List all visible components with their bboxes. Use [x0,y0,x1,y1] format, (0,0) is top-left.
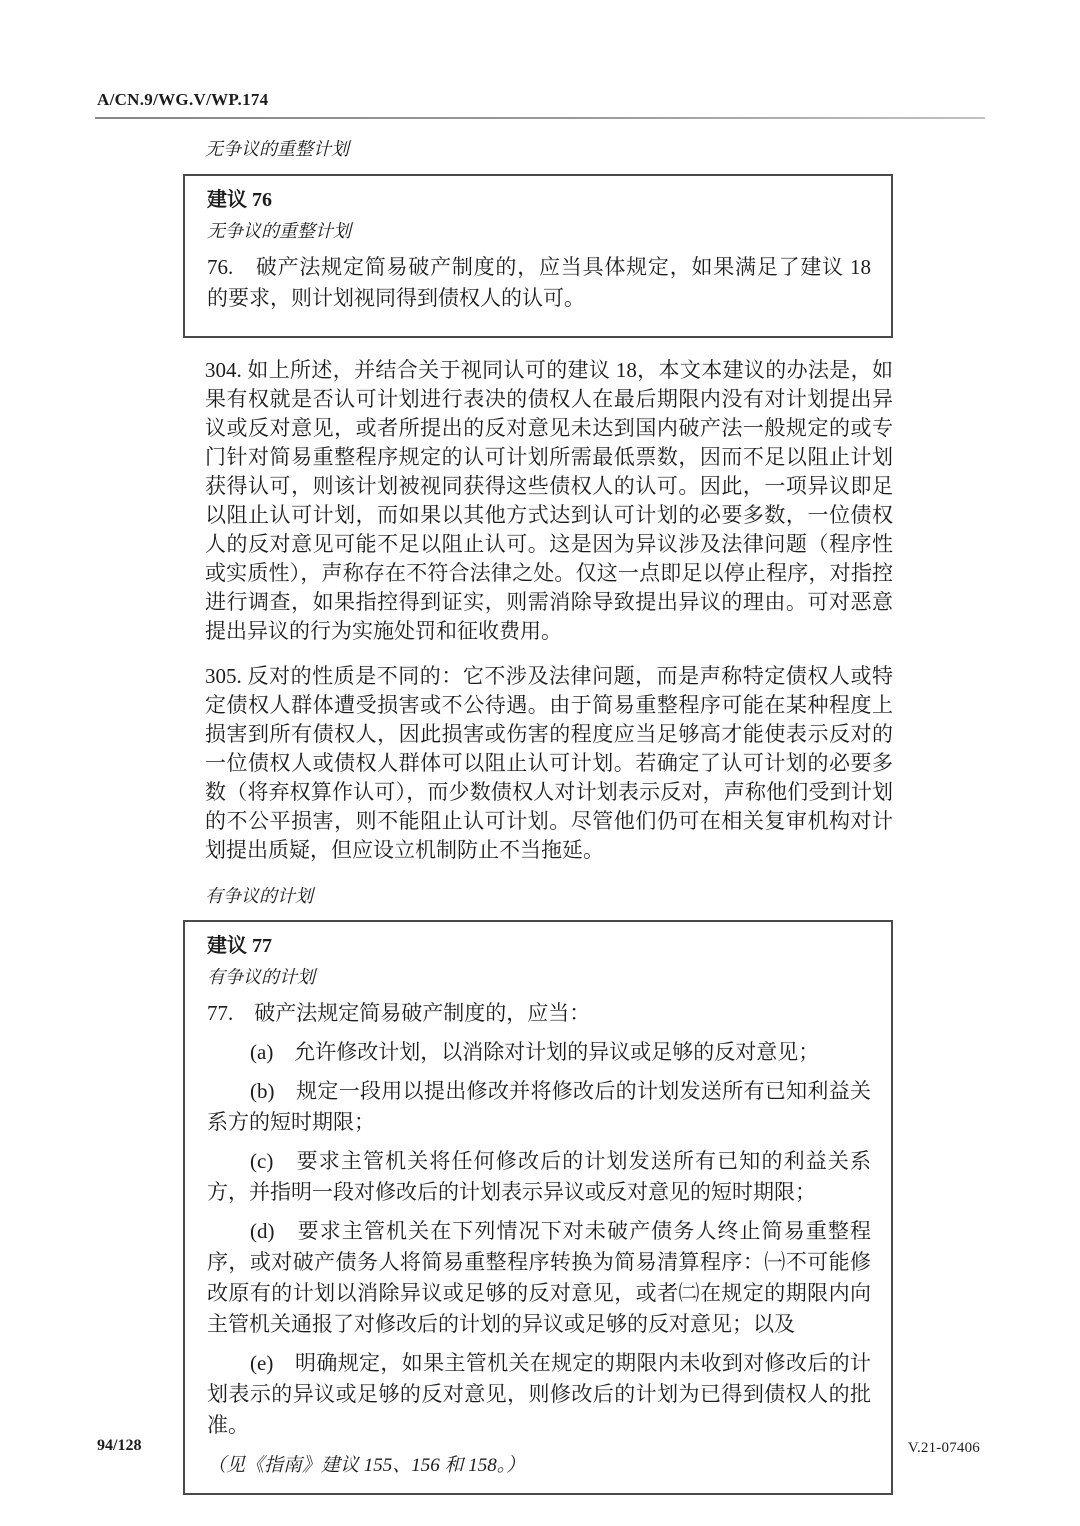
header-document-number: A/CN.9/WG.V/WP.174 [97,90,268,110]
section-label-uncontested: 无争议的重整计划 [205,138,893,160]
paragraph-304: 304. 如上所述，并结合关于视同认可的建议 18，本文本建议的办法是，如果有权… [205,356,893,646]
recommendation-76-box: 建议 76 无争议的重整计划 76. 破产法规定简易破产制度的，应当具体规定，如… [183,174,893,338]
footer-page-number: 94/128 [97,1437,141,1455]
header-rule [95,117,985,119]
recommendation-77-item-c: (c) 要求主管机关将任何修改后的计划发送所有已知的利益关系方，并指明一段对修改… [207,1146,871,1208]
recommendation-76-subtitle: 无争议的重整计划 [207,220,871,242]
recommendation-77-box: 建议 77 有争议的计划 77. 破产法规定简易破产制度的，应当： (a) 允许… [183,920,893,1495]
recommendation-77-item-a: (a) 允许修改计划，以消除对计划的异议或足够的反对意见； [207,1037,871,1068]
recommendation-77-item-d: (d) 要求主管机关在下列情况下对未破产债务人终止简易重整程序，或对破产债务人将… [207,1216,871,1340]
section-label-contested: 有争议的计划 [205,885,893,907]
recommendation-77-reference: （见《指南》建议 155、156 和 158。） [207,1453,871,1479]
recommendation-76-text: 76. 破产法规定简易破产制度的，应当具体规定，如果满足了建议 18 的要求，则… [207,252,871,314]
recommendation-77-title: 建议 77 [207,934,871,958]
content-column: 无争议的重整计划 建议 76 无争议的重整计划 76. 破产法规定简易破产制度的… [183,138,893,1513]
document-page: A/CN.9/WG.V/WP.174 无争议的重整计划 建议 76 无争议的重整… [0,0,1080,1526]
recommendation-77-intro: 77. 破产法规定简易破产制度的，应当： [207,998,871,1029]
recommendation-77-item-e: (e) 明确规定，如果主管机关在规定的期限内未收到对修改后的计划表示的异议或足够… [207,1348,871,1441]
footer-document-symbol: V.21-07406 [908,1440,980,1457]
paragraph-305: 305. 反对的性质是不同的：它不涉及法律问题，而是声称特定债权人或特定债权人群… [205,662,893,865]
recommendation-77-subtitle: 有争议的计划 [207,966,871,988]
recommendation-76-title: 建议 76 [207,188,871,212]
recommendation-77-item-b: (b) 规定一段用以提出修改并将修改后的计划发送所有已知利益关系方的短时期限； [207,1076,871,1138]
